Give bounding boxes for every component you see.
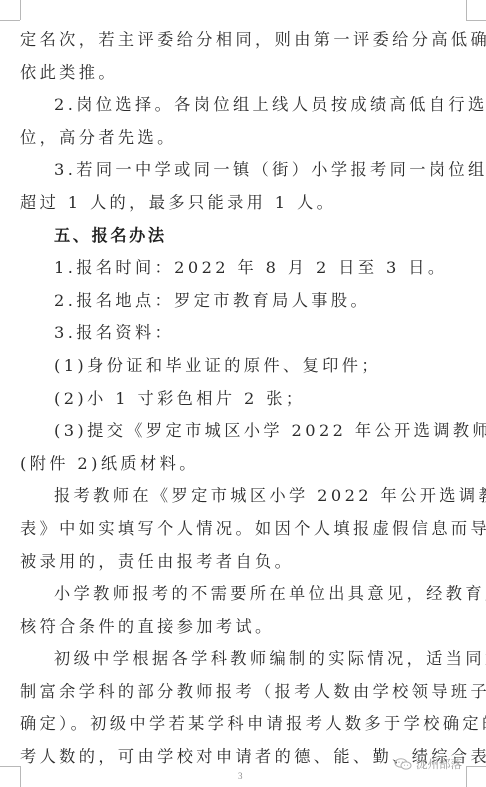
section-heading: 五、报名办法 [20, 220, 468, 253]
text-line: 位，高分者先选。 [20, 122, 468, 155]
text-line: 3.报名资料： [20, 317, 468, 350]
page-number: 3 [238, 771, 243, 781]
watermark-text: 泷州部落 [416, 756, 462, 772]
document-body: 定名次，若主评委给分相同，则由第一评委给分高低确定，依此类推。2.岗位选择。各岗… [20, 24, 468, 774]
crop-mark-bottom-right-horizontal [466, 766, 486, 767]
text-line: 3.若同一中学或同一镇（街）小学报考同一岗位组人数 [20, 154, 468, 187]
text-line: 制富余学科的部分教师报考（报考人数由学校领导班子研究 [20, 676, 468, 709]
text-line: 1.报名时间：2022 年 8 月 2 日至 3 日。 [20, 252, 468, 285]
crop-mark-top-left-vertical [20, 0, 21, 20]
text-line: 确定）。初级中学若某学科申请报考人数多于学校确定的报 [20, 708, 468, 741]
text-line: 表》中如实填写个人情况。如因个人填报虚假信息而导致不 [20, 513, 468, 546]
text-line: 报考教师在《罗定市城区小学 2022 年公开选调教师报名 [20, 480, 468, 513]
text-line: 超过 1 人的，最多只能录用 1 人。 [20, 187, 468, 220]
text-line: 初级中学根据各学科教师编制的实际情况，适当同意编 [20, 643, 468, 676]
crop-mark-top-right-vertical [466, 0, 467, 20]
text-line: 定名次，若主评委给分相同，则由第一评委给分高低确定， [20, 24, 468, 57]
text-line: (3)提交《罗定市城区小学 2022 年公开选调教师报名表》 [20, 415, 468, 448]
text-line: 小学教师报考的不需要所在单位出具意见，经教育局审 [20, 578, 468, 611]
text-line: 2.报名地点：罗定市教育局人事股。 [20, 285, 468, 318]
crop-mark-top-right-horizontal [466, 20, 486, 21]
text-line: 2.岗位选择。各岗位组上线人员按成绩高低自行选择岗 [20, 89, 468, 122]
text-line: (附件 2)纸质材料。 [20, 448, 468, 481]
crop-mark-top-left-horizontal [0, 20, 20, 21]
text-line: (2)小 1 寸彩色相片 2 张； [20, 383, 468, 416]
text-line: (1)身份证和毕业证的原件、复印件； [20, 350, 468, 383]
watermark: 泷州部落 [394, 756, 462, 772]
crop-mark-bottom-left-horizontal [0, 766, 20, 767]
text-line: 被录用的，责任由报考者自负。 [20, 546, 468, 579]
text-line: 核符合条件的直接参加考试。 [20, 611, 468, 644]
wechat-icon [394, 758, 412, 770]
text-line: 依此类推。 [20, 57, 468, 90]
